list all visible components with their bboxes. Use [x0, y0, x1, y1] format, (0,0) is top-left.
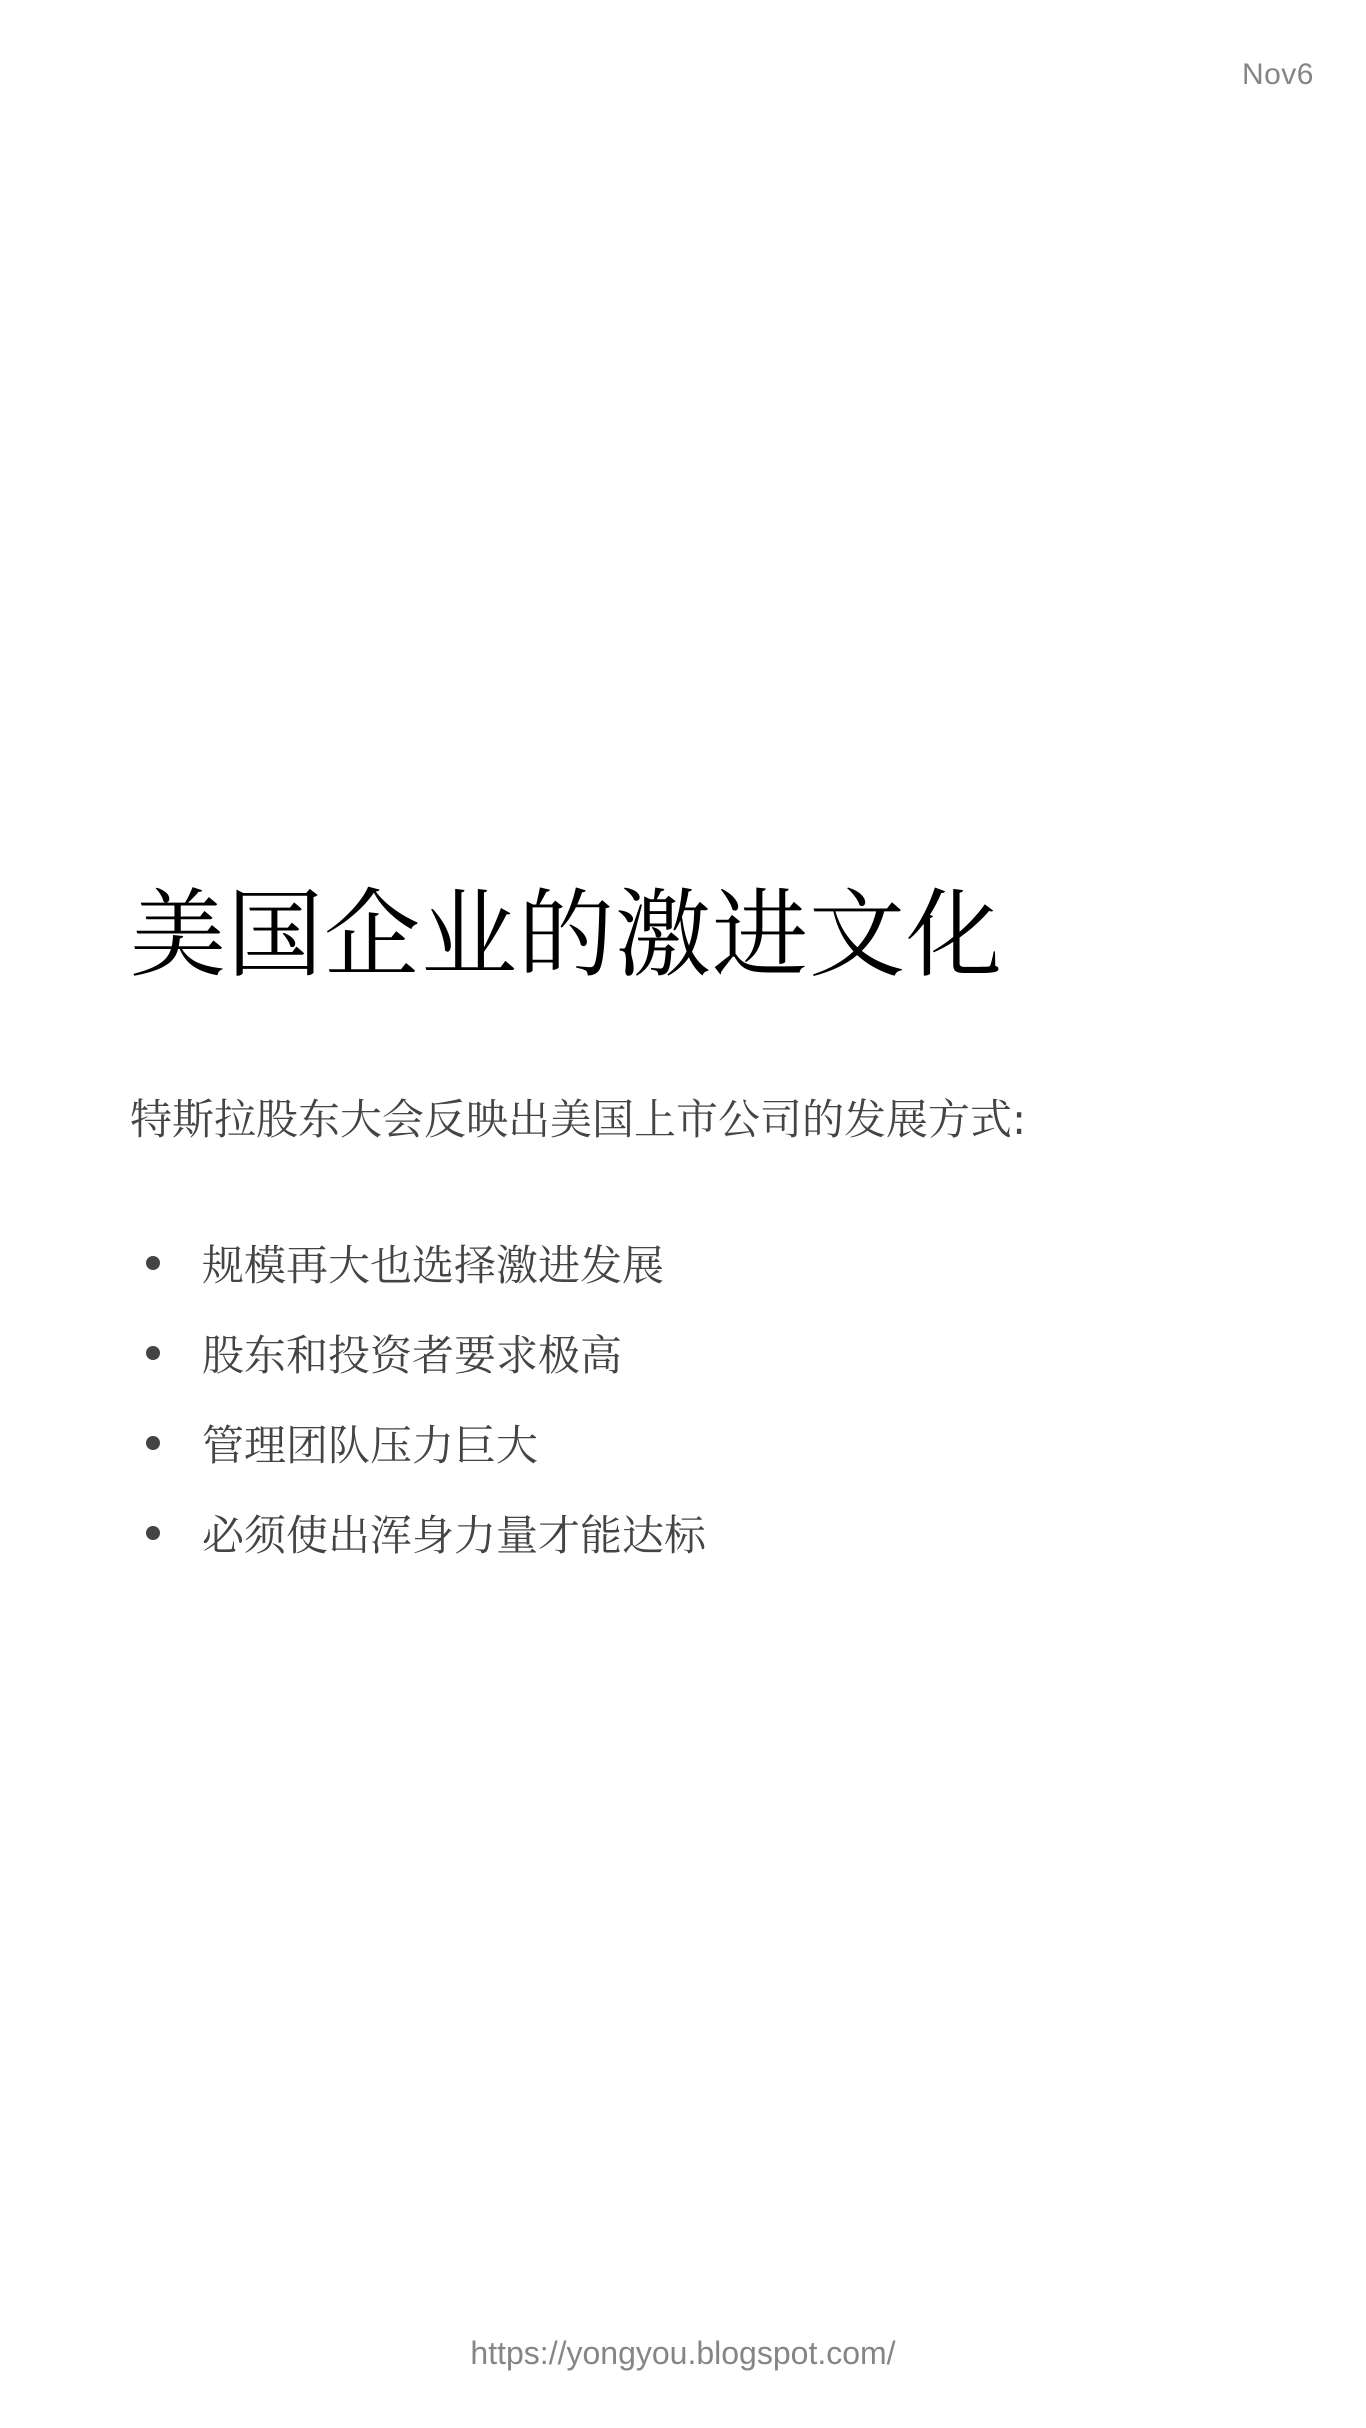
page-title: 美国企业的激进文化 [130, 880, 1003, 990]
list-item: 管理团队压力巨大 [130, 1398, 706, 1488]
list-item-text: 管理团队压力巨大 [202, 1413, 538, 1473]
bullet-list: 规模再大也选择激进发展 股东和投资者要求极高 管理团队压力巨大 必须使出浑身力量… [130, 1218, 706, 1578]
list-item: 股东和投资者要求极高 [130, 1308, 706, 1398]
list-item-text: 股东和投资者要求极高 [202, 1323, 622, 1383]
list-item: 规模再大也选择激进发展 [130, 1218, 706, 1308]
bullet-icon [146, 1526, 160, 1540]
footer-url: https://yongyou.blogspot.com/ [0, 2335, 1366, 2372]
bullet-icon [146, 1256, 160, 1270]
intro-text: 特斯拉股东大会反映出美国上市公司的发展方式: [130, 1090, 1026, 1150]
bullet-icon [146, 1436, 160, 1450]
list-item-text: 必须使出浑身力量才能达标 [202, 1503, 706, 1563]
list-item-text: 规模再大也选择激进发展 [202, 1233, 664, 1293]
list-item: 必须使出浑身力量才能达标 [130, 1488, 706, 1578]
bullet-icon [146, 1346, 160, 1360]
date-label: Nov6 [1242, 58, 1314, 92]
